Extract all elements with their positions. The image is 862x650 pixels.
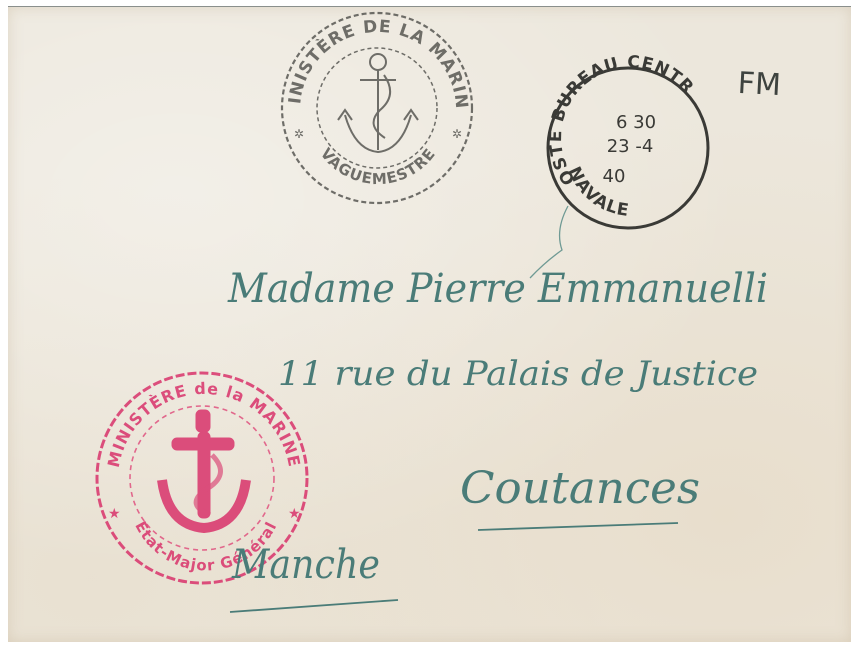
anchor-icon — [338, 54, 418, 152]
svg-text:✲: ✲ — [294, 127, 304, 141]
address-region: Manche — [231, 542, 380, 588]
svg-text:✲: ✲ — [452, 127, 462, 141]
vaguemestre-top-text: MINISTÈRE DE LA MARINE — [0, 0, 471, 110]
address-line-2: 11 rue du Palais de Justice — [278, 354, 758, 394]
postmark-time: 6 30 — [616, 112, 656, 133]
address-line-1: Madame Pierre Emmanuelli — [227, 266, 768, 312]
postmark-date: 23 -4 — [607, 136, 654, 157]
envelope-markings: MINISTÈRE DE LA MARINE VAGUEMESTRE ✲ ✲ P… — [0, 0, 862, 650]
svg-text:MINISTÈRE DE LA MARINE: MINISTÈRE DE LA MARINE — [0, 0, 471, 110]
svg-text:★: ★ — [108, 507, 121, 522]
svg-text:★: ★ — [288, 507, 301, 522]
region-underline — [230, 600, 398, 612]
postmark-year: 40 — [603, 166, 626, 187]
address-city: Coutances — [460, 463, 700, 514]
handwritten-address: Madame Pierre Emmanuelli 11 rue du Palai… — [227, 266, 768, 612]
franchise-mark: FM — [737, 66, 782, 103]
anchor-icon — [162, 410, 246, 528]
vaguemestre-cachet: MINISTÈRE DE LA MARINE VAGUEMESTRE ✲ ✲ — [0, 0, 472, 203]
city-underline — [478, 523, 678, 530]
